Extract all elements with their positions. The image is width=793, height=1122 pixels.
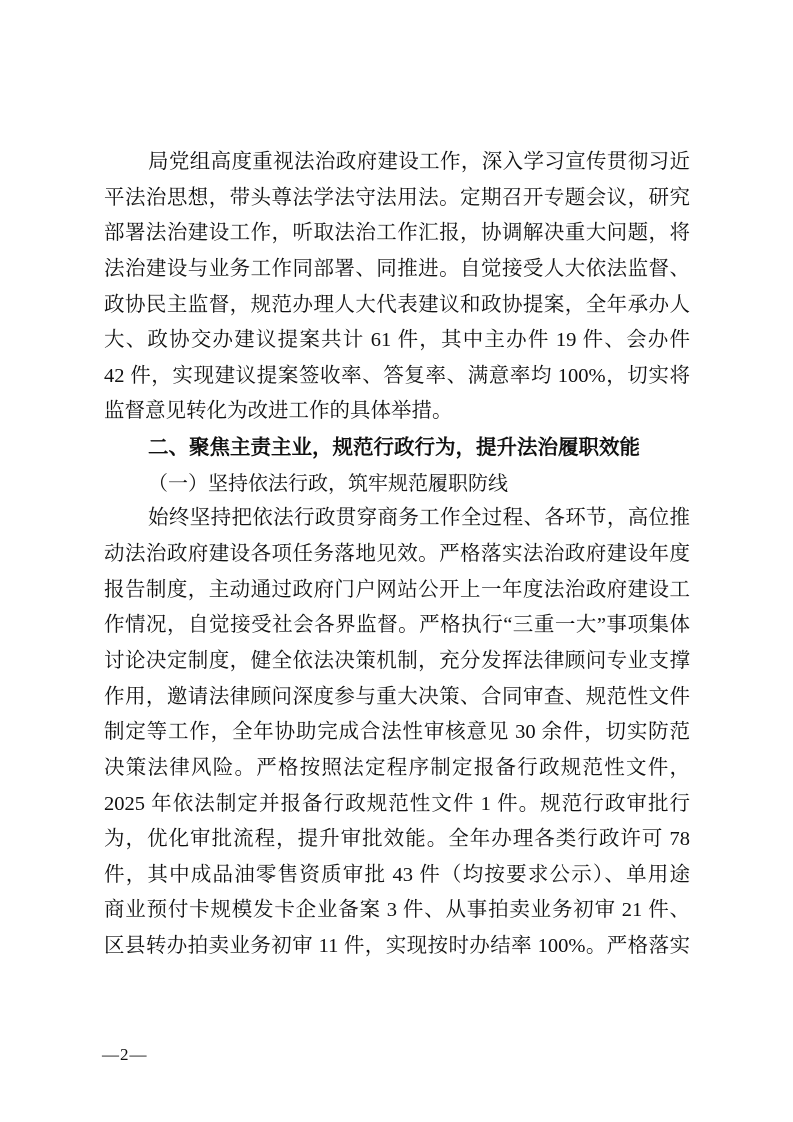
text-line: 始终坚持把依法行政贯穿商务工作全过程、各环节，高位推: [104, 501, 690, 537]
text-line: 法治建设与业务工作同部署、同推进。自觉接受人大依法监督、: [104, 252, 690, 288]
text-line: 讨论决定制度，健全依法决策机制，充分发挥法律顾问专业支撑: [104, 644, 690, 680]
paragraph-npc-supervision: 局党组高度重视法治政府建设工作，深入学习宣传贯彻习近 平法治思想，带头尊法学法守…: [104, 145, 690, 430]
page-number: —2—: [102, 1043, 148, 1067]
text-line: 作情况，自觉接受社会各界监督。严格执行“三重一大”事项集体: [104, 608, 690, 644]
text-line: 报告制度，主动通过政府门户网站公开上一年度法治政府建设工: [104, 573, 690, 609]
text-line: 局党组高度重视法治政府建设工作，深入学习宣传贯彻习近: [104, 145, 690, 181]
paragraph-administration-by-law: 始终坚持把依法行政贯穿商务工作全过程、各环节，高位推 动法治政府建设各项任务落地…: [104, 501, 690, 964]
text-line: 为，优化审批流程，提升审批效能。全年办理各类行政许可 78: [104, 822, 690, 858]
document-body: 局党组高度重视法治政府建设工作，深入学习宣传贯彻习近 平法治思想，带头尊法学法守…: [104, 145, 690, 965]
text-line: 件，其中成品油零售资质审批 43 件（均按要求公示）、单用途: [104, 858, 690, 894]
text-line: 制定等工作，全年协助完成合法性审核意见 30 余件，切实防范: [104, 715, 690, 751]
section-heading: 二、聚焦主责主业，规范行政行为，提升法治履职效能: [104, 430, 690, 466]
subsection-heading: （一）坚持依法行政，筑牢规范履职防线: [104, 466, 690, 502]
text-line: 作用，邀请法律顾问深度参与重大决策、合同审查、规范性文件: [104, 680, 690, 716]
text-line: 监督意见转化为改进工作的具体举措。: [104, 394, 690, 430]
text-line: 大、政协交办建议提案共计 61 件，其中主办件 19 件、会办件: [104, 323, 690, 359]
text-line: 2025 年依法制定并报备行政规范性文件 1 件。规范行政审批行: [104, 787, 690, 823]
text-line: 商业预付卡规模发卡企业备案 3 件、从事拍卖业务初审 21 件、: [104, 893, 690, 929]
text-line: 动法治政府建设各项任务落地见效。严格落实法治政府建设年度: [104, 537, 690, 573]
text-line: 部署法治建设工作，听取法治工作汇报，协调解决重大问题，将: [104, 216, 690, 252]
text-line: 决策法律风险。严格按照法定程序制定报备行政规范性文件，: [104, 751, 690, 787]
text-line: 政协民主监督，规范办理人大代表建议和政协提案，全年承办人: [104, 288, 690, 324]
text-line: 区县转办拍卖业务初审 11 件，实现按时办结率 100%。严格落实: [104, 929, 690, 965]
text-line: 平法治思想，带头尊法学法守法用法。定期召开专题会议，研究: [104, 181, 690, 217]
text-line: 42 件，实现建议提案签收率、答复率、满意率均 100%，切实将: [104, 359, 690, 395]
